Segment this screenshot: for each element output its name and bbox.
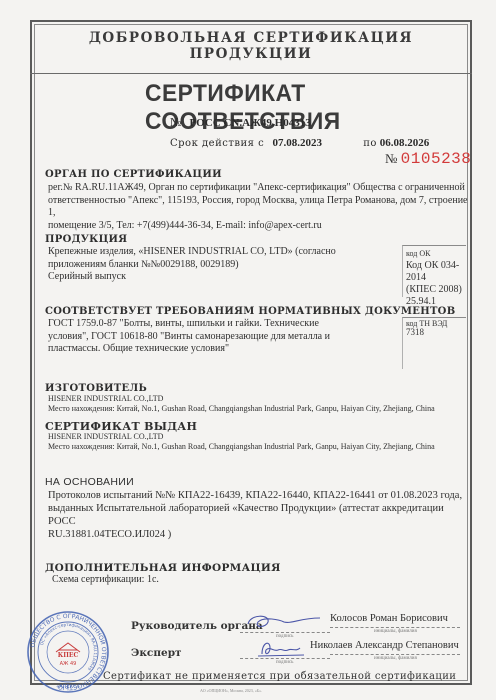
text-line: выданных Испытательной лабораторией «Кач… — [48, 502, 468, 528]
header-band: ДОБРОВОЛЬНАЯ СЕРТИФИКАЦИЯ ПРОДУКЦИИ — [30, 20, 472, 74]
number-label: № — [170, 115, 181, 129]
additional-info-heading: ДОПОЛНИТЕЛЬНАЯ ИНФОРМАЦИЯ — [45, 562, 281, 574]
code-line: (КПЕС 2008) — [406, 284, 463, 296]
text-line: помещение 3/5, Тел: +7(499)444-36-34, E-… — [48, 220, 468, 233]
certification-body-heading: ОРГАН ПО СЕРТИФИКАЦИИ — [45, 169, 222, 180]
basis-text: Протоколов испытаний №№ КПА22-16439, КПА… — [48, 489, 468, 541]
manufacturer-name: HISENER INDUSTRIAL CO.,LTD — [48, 394, 435, 404]
expert-name-line — [330, 654, 460, 655]
expert-role-label: Эксперт — [131, 647, 182, 659]
text-line: Серийный выпуск — [48, 271, 348, 284]
certification-scheme: Схема сертификации: 1с. — [52, 574, 159, 587]
text-line: пластмассы. Общие технические условия" — [48, 343, 348, 356]
expert-name: Николаев Александр Степанович — [310, 640, 459, 651]
head-name: Колосов Роман Борисович — [330, 613, 448, 624]
okpd-code-box: код ОК Код ОК 034-2014 (КПЕС 2008) 25.94… — [402, 245, 466, 297]
text-line: приложениям бланки №№0029188, 0029189) — [48, 259, 348, 272]
text-line: ГОСТ 1759.0-87 "Болты, винты, шпильки и … — [48, 318, 348, 331]
valid-to: 06.08.2026 — [380, 137, 430, 149]
issued-to-name: HISENER INDUSTRIAL CO.,LTD — [48, 432, 435, 442]
svg-text:«АПЕКС»: «АПЕКС» — [56, 684, 80, 690]
issued-to-text: HISENER INDUSTRIAL CO.,LTD Место нахожде… — [48, 432, 435, 452]
expert-name-caption: инициалы, фамилия — [374, 656, 417, 661]
tnved-code-box: код ТН ВЭД 7318 — [402, 317, 466, 369]
code-label: код ОК — [406, 248, 463, 260]
compliance-heading: СООТВЕТСТВУЕТ ТРЕБОВАНИЯМ НОРМАТИВНЫХ ДО… — [45, 306, 455, 317]
code-line: Код ОК 034-2014 — [406, 260, 463, 284]
head-name-line — [330, 627, 460, 628]
basis-heading: НА ОСНОВАНИИ — [45, 476, 134, 488]
serial-value: 0105238 — [401, 150, 472, 168]
serial-number: № 0105238 — [385, 150, 471, 168]
text-line: условия", ГОСТ 10618-80 "Винты самонарез… — [48, 331, 348, 344]
serial-label: № — [385, 151, 397, 166]
organization-stamp: ОБЩЕСТВО С ОГРАНИЧЕННОЙ ОТВЕТСТВЕННОСТЬЮ… — [26, 610, 110, 694]
manufacturer-address: Место нахождения: Китай, No.1, Gushan Ro… — [48, 404, 435, 414]
to-label: по — [363, 138, 377, 149]
valid-from: 07.08.2023 — [273, 137, 323, 149]
text-line: рег.№ RA.RU.11АЖ49, Орган по сертификаци… — [48, 182, 468, 195]
certification-body-text: рег.№ RA.RU.11АЖ49, Орган по сертификаци… — [48, 182, 468, 232]
text-line: ответственностью "Апекс", 115193, Россия… — [48, 195, 468, 220]
code-value: 7318 — [406, 328, 463, 336]
text-line: RU.31881.04ТЕСО.ИЛ024 ) — [48, 528, 468, 541]
validity-label: Срок действия с — [170, 138, 264, 149]
header-title: ДОБРОВОЛЬНАЯ СЕРТИФИКАЦИЯ ПРОДУКЦИИ — [30, 30, 472, 62]
number-value: РОСС CN.АЖ49.Н04313 — [189, 117, 310, 129]
compliance-text: ГОСТ 1759.0-87 "Болты, винты, шпильки и … — [48, 318, 348, 356]
print-mark: АО «ОПЦИОН», Москва, 2023, «Б». — [200, 688, 262, 693]
product-heading: ПРОДУКЦИЯ — [45, 234, 127, 245]
product-text: Крепежные изделия, «HISENER INDUSTRIAL C… — [48, 246, 348, 284]
issued-to-address: Место нахождения: Китай, No.1, Gushan Ro… — [48, 442, 435, 452]
footer-note: Сертификат не применяется при обязательн… — [103, 671, 456, 682]
head-signature — [240, 610, 330, 634]
expert-signature-caption: подпись — [276, 660, 293, 665]
manufacturer-text: HISENER INDUSTRIAL CO.,LTD Место нахожде… — [48, 394, 435, 414]
text-line: Протоколов испытаний №№ КПА22-16439, КПА… — [48, 489, 468, 502]
validity-period: Срок действия с 07.08.2023 по 06.08.2026 — [170, 137, 429, 149]
text-line: Крепежные изделия, «HISENER INDUSTRIAL C… — [48, 246, 348, 259]
svg-text:КПЕС: КПЕС — [58, 652, 79, 659]
svg-text:АЖ 49: АЖ 49 — [60, 661, 77, 667]
head-name-caption: инициалы, фамилия — [374, 629, 417, 634]
certificate-number: №РОСС CN.АЖ49.Н04313 — [170, 115, 311, 130]
manufacturer-heading: ИЗГОТОВИТЕЛЬ — [45, 383, 147, 394]
